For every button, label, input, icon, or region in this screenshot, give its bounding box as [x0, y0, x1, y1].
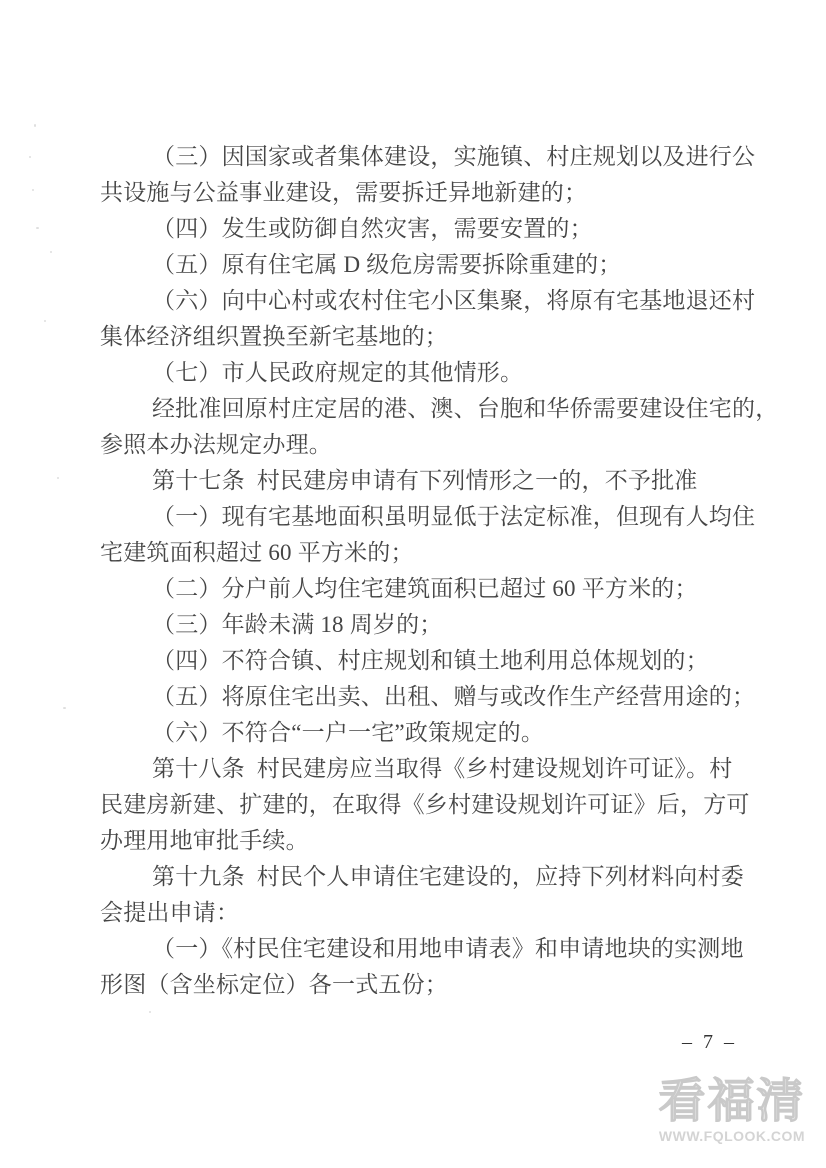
scan-speck	[34, 124, 36, 127]
watermark: 看福清 WWW.FQLOOK.COM	[650, 1076, 814, 1144]
document-line: （五）将原住宅出卖、出租、赠与或改作生产经营用途的；	[100, 679, 760, 715]
document-line: 形图（含坐标定位）各一式五份；	[100, 967, 760, 1003]
document-line: （六）向中心村或农村住宅小区集聚，将原有宅基地退还村	[100, 283, 760, 319]
document-line: （四）发生或防御自然灾害，需要安置的；	[100, 211, 760, 247]
document-line: 会提出申请：	[100, 895, 760, 931]
scan-speck	[36, 227, 39, 229]
document-line: 第十九条 村民个人申请住宅建设的，应持下列材料向村委	[100, 859, 760, 895]
document-line: 参照本办法规定办理。	[100, 427, 760, 463]
page-number: – 7 –	[682, 1031, 737, 1054]
document-line: 经批准回原村庄定居的港、澳、台胞和华侨需要建设住宅的，	[100, 391, 760, 427]
document-line: 共设施与公益事业建设，需要拆迁异地新建的；	[100, 175, 760, 211]
document-line: （一）现有宅基地面积虽明显低于法定标准，但现有人均住	[100, 499, 760, 535]
document-line: 宅建筑面积超过 60 平方米的；	[100, 535, 760, 571]
document-line: （六）不符合“一户一宅”政策规定的。	[100, 715, 760, 751]
document-line: （五）原有住宅属 D 级危房需要拆除重建的；	[100, 247, 760, 283]
document-line: 第十七条 村民建房申请有下列情形之一的，不予批准	[100, 463, 760, 499]
scan-speck	[149, 1011, 151, 1013]
scan-speck	[29, 156, 31, 158]
document-line: 集体经济组织置换至新宅基地的；	[100, 319, 760, 355]
document-line: （二）分户前人均住宅建筑面积已超过 60 平方米的；	[100, 571, 760, 607]
document-line: 民建房新建、扩建的，在取得《乡村建设规划许可证》后，方可	[100, 787, 760, 823]
document-line: 第十八条 村民建房应当取得《乡村建设规划许可证》。村	[100, 751, 760, 787]
text-block: （三）因国家或者集体建设，实施镇、村庄规划以及进行公共设施与公益事业建设，需要拆…	[100, 139, 760, 1003]
watermark-url: WWW.FQLOOK.COM	[650, 1128, 814, 1144]
scan-speck	[44, 320, 46, 322]
watermark-title: 看福清	[650, 1076, 814, 1126]
scan-speck	[63, 707, 66, 709]
document-page: （三）因国家或者集体建设，实施镇、村庄规划以及进行公共设施与公益事业建设，需要拆…	[0, 0, 826, 1168]
document-line: （四）不符合镇、村庄规划和镇土地利用总体规划的；	[100, 643, 760, 679]
document-line: （三）因国家或者集体建设，实施镇、村庄规划以及进行公	[100, 139, 760, 175]
scan-speck	[50, 251, 52, 253]
document-line: 办理用地审批手续。	[100, 823, 760, 859]
scan-speck	[57, 477, 59, 479]
document-line: （三）年龄未满 18 周岁的；	[100, 607, 760, 643]
document-line: （七）市人民政府规定的其他情形。	[100, 355, 760, 391]
document-line: （一）《村民住宅建设和用地申请表》和申请地块的实测地	[100, 931, 760, 967]
scan-speck	[32, 189, 34, 191]
